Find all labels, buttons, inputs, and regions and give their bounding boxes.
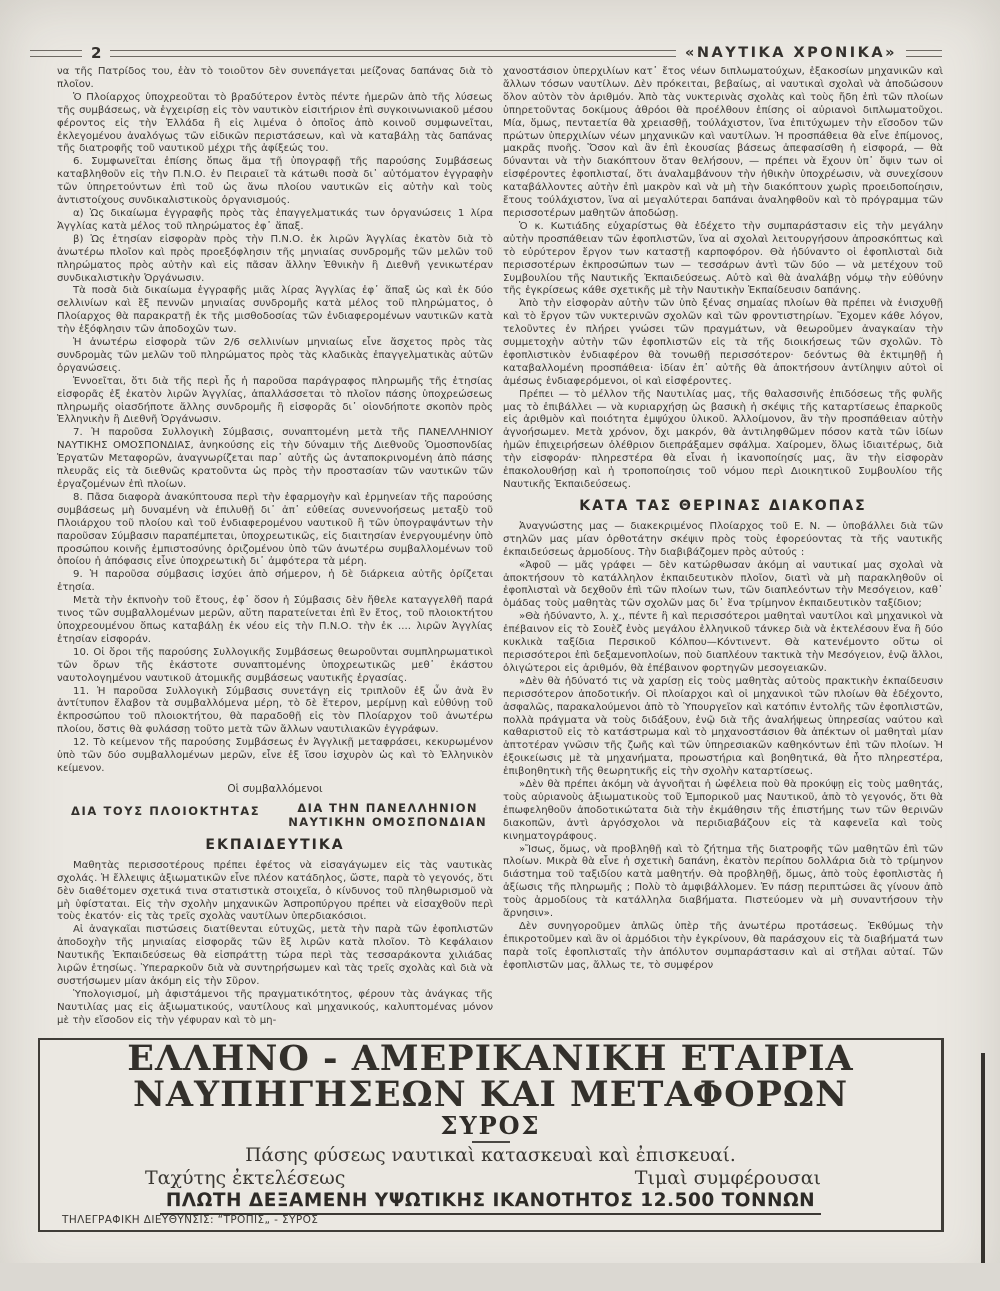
education-continued-paragraph: Ἀπὸ τὴν εἰσφορὰν αὐτὴν τῶν ὑπὸ ξένας σημ…: [503, 298, 943, 388]
signatory-federation-line2: ΝΑΥΤΙΚΗΝ ΟΜΟΣΠΟΝΔΙΑΝ: [288, 815, 487, 829]
contract-paragraph: β) Ὡς ἐτησίαν εἰσφορὰν πρὸς τὴν Π.Ν.Ο. ἐ…: [57, 234, 493, 286]
summer-paragraph: Ἀναγνώστης μας — διακεκριμένος Πλοίαρχος…: [503, 521, 943, 560]
signatory-federation: ΔΙΑ ΤΗΝ ΠΑΝΕΛΛΗΝΙΟΝ ΝΑΥΤΙΚΗΝ ΟΜΟΣΠΟΝΔΙΑΝ: [288, 801, 487, 829]
contract-paragraph: Ὁ Πλοίαρχος ὑποχρεοῦται τὸ βραδύτερον ἐν…: [57, 92, 493, 157]
contract-paragraph: Τὰ ποσὰ διὰ δικαίωμα ἐγγραφῆς μιᾶς λίρας…: [57, 285, 493, 337]
summer-paragraph: »Δὲν θὰ πρέπει ἀκόμη νὰ ἀγνοῆται ἡ ὠφέλε…: [503, 779, 943, 844]
page-header: 2 «ΝΑΥΤΙΚΑ ΧΡΟΝΙΚΑ»: [30, 44, 942, 62]
ad-city: ΣΥΡΟΣ: [40, 1113, 941, 1139]
section-title-education: ΕΚΠΑΙΔΕΥΤΙΚΑ: [57, 837, 493, 853]
education-continued-paragraph: Ὁ κ. Κωτιάδης εὐχαρίστως θὰ ἐδέχετο τὴν …: [503, 221, 943, 298]
summer-paragraph: »Θὰ ἠδύναντο, λ. χ., πέντε ἢ καὶ περισσό…: [503, 611, 943, 676]
summer-paragraph: «Ἀφοῦ — μᾶς γράφει — δὲν κατώρθωσαν ἀκόμ…: [503, 560, 943, 612]
ad-company-name-line1: ΕΛΛΗΝΟ - ΑΜΕΡΙΚΑΝΙΚΗ ΕΤΑΙΡΙΑ: [40, 1041, 941, 1077]
header-rule-middle: [110, 50, 676, 57]
signatory-federation-line1: ΔΙΑ ΤΗΝ ΠΑΝΕΛΛΗΝΙΟΝ: [288, 801, 487, 815]
scan-bottom-shade: [0, 1263, 1000, 1291]
contract-paragraph: 9. Ἡ παροῦσα σύμβασις ἰσχύει ἀπὸ σήμερον…: [57, 569, 493, 595]
summer-paragraph: »Δὲν θὰ ἠδύνατό τις νὰ χαρίσῃ εἰς τοὺς μ…: [503, 676, 943, 779]
left-column: να τῆς Πατρίδος του, ἐὰν τὸ τοιοῦτον δὲν…: [57, 66, 493, 1032]
section-title-summer-holidays: ΚΑΤΑ ΤΑΣ ΘΕΡΙΝΑΣ ΔΙΑΚΟΠΑΣ: [503, 498, 943, 514]
signatory-shipowners: ΔΙΑ ΤΟΥΣ ΠΛΟΙΟΚΤΗΤΑΣ: [71, 804, 260, 818]
education-paragraph: Μαθητὰς περισσοτέρους πρέπει ἐφέτος νὰ ε…: [57, 860, 493, 925]
ad-tagline: Πάσης φύσεως ναυτικαὶ κατασκευαὶ καὶ ἐπι…: [40, 1146, 941, 1166]
newspaper-page: 2 «ΝΑΥΤΙΚΑ ΧΡΟΝΙΚΑ» να τῆς Πατρίδος του,…: [0, 0, 1000, 1291]
ad-dock-wrap: ΠΛΩΤΗ ΔΕΞΑΜΕΝΗ ΥΨΩΤΙΚΗΣ ΙΚΑΝΟΤΗΤΟΣ 12.50…: [40, 1190, 941, 1215]
masthead-title: «ΝΑΥΤΙΚΑ ΧΡΟΝΙΚΑ»: [685, 45, 897, 61]
contract-paragraph: 8. Πᾶσα διαφορὰ ἀνακύπτουσα περὶ τὴν ἐφα…: [57, 492, 493, 569]
right-column: χανοστάσιον ὑπερχιλίων κατ᾽ ἔτος νέων δι…: [503, 66, 943, 1032]
ad-company-name-line2: ΝΑΥΠΗΓΗΣΕΩΝ ΚΑΙ ΜΕΤΑΦΟΡΩΝ: [40, 1077, 941, 1113]
header-rule-right: [906, 50, 942, 57]
contract-paragraph: 10. Οἱ ὅροι τῆς παρούσης Συλλογικῆς Συμβ…: [57, 647, 493, 686]
education-paragraph: Ὑπολογισμοί, μὴ ἀφιστάμενοι τῆς πραγματι…: [57, 989, 493, 1028]
education-continued-paragraph: Πρέπει — τὸ μέλλον τῆς Ναυτιλίας μας, τῆ…: [503, 389, 943, 492]
contract-paragraph: Μετὰ τὴν ἐκπνοὴν τοῦ ἔτους, ἐφ᾽ ὅσον ἡ Σ…: [57, 595, 493, 647]
signatories-caption: Οἱ συμβαλλόμενοι: [57, 783, 493, 795]
contract-paragraph: να τῆς Πατρίδος του, ἐὰν τὸ τοιοῦτον δὲν…: [57, 66, 493, 92]
ad-notes-row: Ταχύτης ἐκτελέσεως Τιμαὶ συμφέρουσαι: [40, 1166, 941, 1189]
page-number: 2: [91, 44, 101, 62]
contract-paragraph: 12. Τὸ κείμενον τῆς παρούσης Συμβάσεως ἐ…: [57, 737, 493, 776]
education-continued-paragraph: χανοστάσιον ὑπερχιλίων κατ᾽ ἔτος νέων δι…: [503, 66, 943, 221]
contract-paragraph: α) Ὡς δικαίωμα ἐγγραφῆς πρὸς τὰς ἐπαγγελ…: [57, 208, 493, 234]
contract-paragraph: 7. Ἡ παροῦσα Συλλογικὴ Σύμβασις, συναπτο…: [57, 427, 493, 492]
signatories-row: ΔΙΑ ΤΟΥΣ ΠΛΟΙΟΚΤΗΤΑΣ ΔΙΑ ΤΗΝ ΠΑΝΕΛΛΗΝΙΟΝ…: [57, 801, 493, 829]
contract-paragraph: 11. Ἡ παροῦσα Συλλογικὴ Σύμβασις συνετάγ…: [57, 686, 493, 738]
ad-price-note: Τιμαὶ συμφέρουσαι: [635, 1167, 821, 1189]
ad-city-underline: [472, 1141, 510, 1143]
ad-telegraph-address: ΤΗΛΕΓΡΑΦΙΚΗ ΔΙΕΥΘΥΝΣΙΣ: “ΤΡΟΠΙΣ„ - ΣΥΡΟΣ: [62, 1214, 318, 1226]
education-paragraph: Αἱ ἀναγκαῖαι πιστώσεις διατίθενται εὐτυχ…: [57, 924, 493, 989]
ad-speed-note: Ταχύτης ἐκτελέσεως: [145, 1167, 345, 1189]
advertisement-box: ΕΛΛΗΝΟ - ΑΜΕΡΙΚΑΝΙΚΗ ΕΤΑΙΡΙΑ ΝΑΥΠΗΓΗΣΕΩΝ…: [38, 1038, 944, 1232]
contract-paragraph: Ἡ ἀνωτέρω εἰσφορὰ τῶν 2/6 σελλινίων μηνι…: [57, 337, 493, 376]
scan-edge-line: [981, 1053, 985, 1267]
ad-dock-line: ΠΛΩΤΗ ΔΕΞΑΜΕΝΗ ΥΨΩΤΙΚΗΣ ΙΚΑΝΟΤΗΤΟΣ 12.50…: [160, 1190, 821, 1215]
contract-paragraph: 6. Συμφωνεῖται ἐπίσης ὅπως ἅμα τῇ ὑπογρα…: [57, 156, 493, 208]
summer-paragraph: »Ἴσως, ὅμως, νὰ προβληθῇ καὶ τὸ ζήτημα τ…: [503, 844, 943, 921]
contract-paragraph: Ἐννοεῖται, ὅτι διὰ τῆς περὶ ἧς ἡ παροῦσα…: [57, 376, 493, 428]
header-rule-left: [30, 50, 82, 57]
summer-paragraph: Δὲν συνηγοροῦμεν ἁπλῶς ὑπὲρ τῆς ἀνωτέρω …: [503, 921, 943, 973]
